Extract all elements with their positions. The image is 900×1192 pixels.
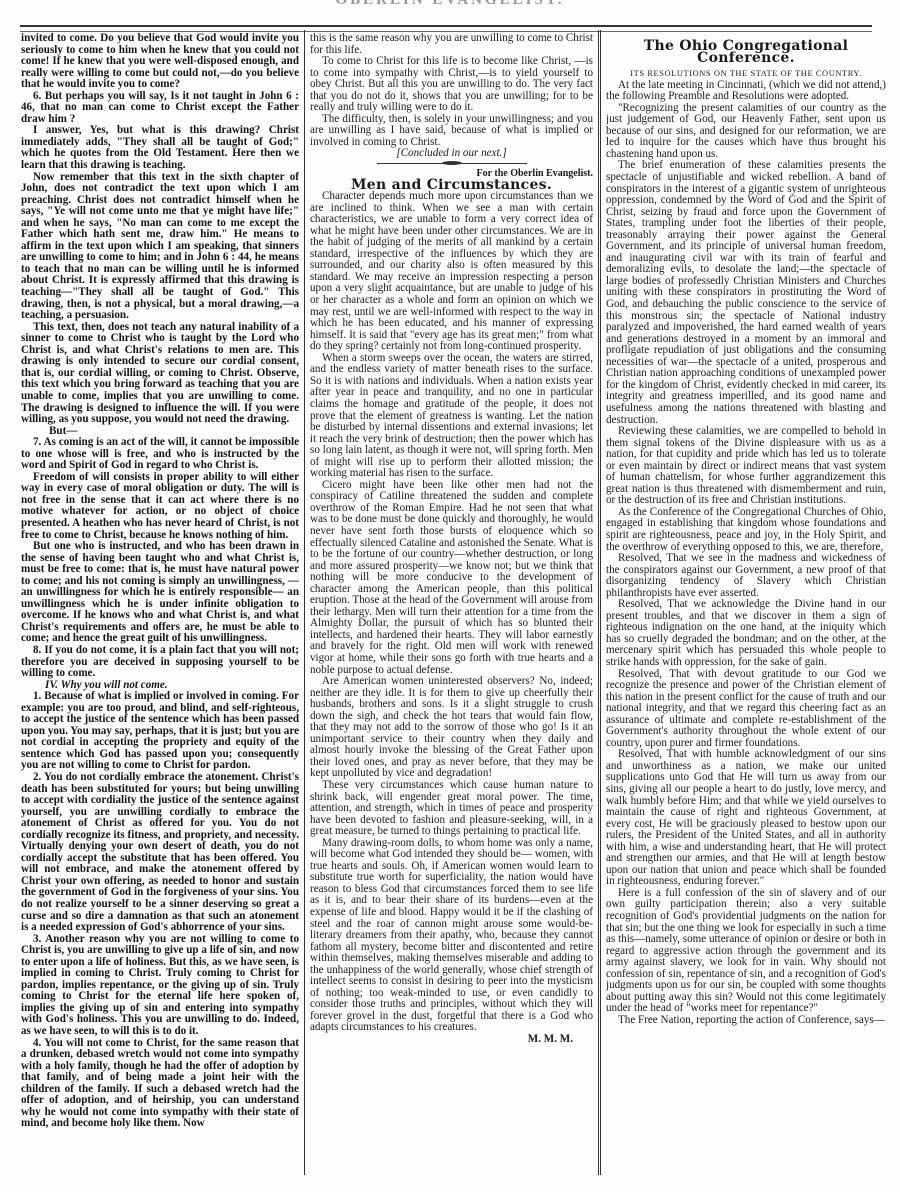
paragraph: Are American women uninterested observer… [310, 676, 593, 780]
paragraph: Reviewing these calamities, we are compe… [606, 426, 886, 507]
paragraph: 3. Another reason why you are not willin… [21, 934, 299, 1038]
paragraph: 2. You do not cordially embrace the aton… [21, 772, 299, 934]
paragraph: The difficulty, then, is solely in your … [310, 114, 593, 149]
column-rule [600, 30, 601, 1175]
paragraph: invited to come. Do you believe that God… [21, 33, 299, 91]
paragraph: 8. If you do not come, it is a plain fac… [21, 645, 299, 680]
paragraph: "Recognizing the present calamities of o… [606, 103, 886, 161]
column-rule [304, 30, 305, 1175]
paragraph: I answer, Yes, but what is this drawing?… [21, 125, 299, 171]
paragraph: These very circumstances which cause hum… [310, 780, 593, 838]
resolution: Resolved, That we acknowledge the Divine… [606, 599, 886, 668]
paragraph: At the late meeting in Cincinnati, (whic… [606, 80, 886, 103]
paragraph: The brief enumeration of these calamitie… [606, 160, 886, 426]
paragraph: But one who is instructed, and who has b… [21, 541, 299, 645]
resolution: Resolved, That we see in the madness and… [606, 553, 886, 599]
resolution: Resolved, That with devout gratitude to … [606, 669, 886, 750]
paragraph: 1. Because of what is implied or involve… [21, 691, 299, 772]
paragraph: 6. But perhaps you will say, Is it not t… [21, 91, 299, 126]
paragraph: Here is a full confession of the sin of … [606, 888, 886, 1015]
divider-ornament [377, 163, 527, 164]
paragraph: This text, then, does not teach any natu… [21, 322, 299, 426]
column-3: The Ohio Congregational Conference. ITS … [606, 33, 886, 1173]
article-subhead: ITS RESOLUTIONS ON THE STATE OF THE COUN… [606, 68, 886, 80]
top-rule [20, 25, 872, 32]
masthead-title: OBERLIN EVANGELIST. [335, 0, 564, 6]
paragraph: Many drawing-room dolls, to whom home wa… [310, 838, 593, 1034]
paragraph: 4. You will not come to Christ, for the … [21, 1038, 299, 1130]
column-2: this is the same reason why you are unwi… [310, 33, 593, 1173]
paragraph: When a storm sweeps over the ocean, the … [310, 353, 593, 480]
paragraph: Now remember that this text in the sixth… [21, 172, 299, 322]
column-1: invited to come. Do you believe that God… [21, 33, 299, 1173]
paragraph: To come to Christ for this life is to be… [310, 56, 593, 114]
paragraph: As the Conference of the Congregational … [606, 507, 886, 553]
article-signature: M. M. M. [310, 1034, 593, 1046]
masthead: OBERLIN EVANGELIST. [0, 0, 900, 22]
article-headline: The Ohio Congregational Conference. [606, 41, 886, 64]
paragraph: Freedom of will consists in proper abili… [21, 472, 299, 541]
paragraph: 7. As coming is an act of the will, it c… [21, 437, 299, 472]
resolution: Resolved, That with humble acknowledgmen… [606, 749, 886, 888]
paragraph: Cicero might have been like other men ha… [310, 480, 593, 676]
paragraph: Character depends much more upon circums… [310, 191, 593, 353]
concluded-note: [Concluded in our next.] [310, 148, 593, 160]
paragraph: The Free Nation, reporting the action of… [606, 1015, 886, 1027]
column-rule [598, 30, 599, 1175]
paragraph: this is the same reason why you are unwi… [310, 33, 593, 56]
